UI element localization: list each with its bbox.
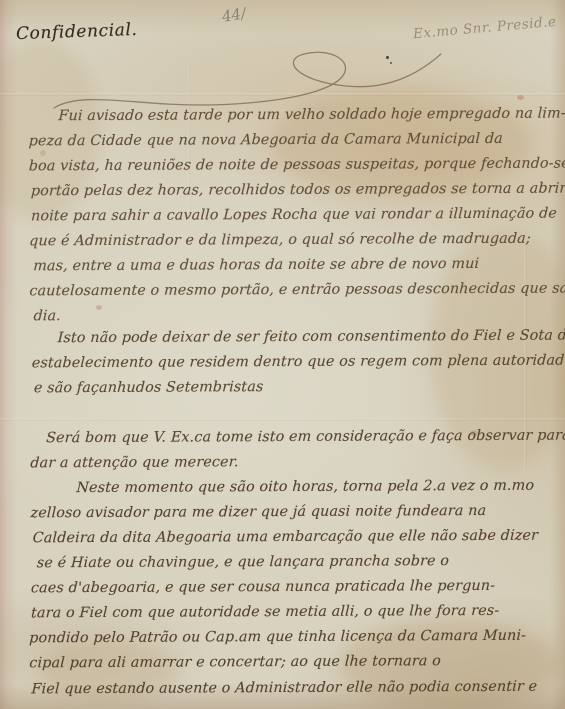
manuscript-line: se é Hiate ou chavingue, e que lançara p…	[36, 554, 449, 570]
manuscript-line: boa vista, ha reuniões de noite de pesso…	[28, 156, 565, 173]
manuscript-line: Isto não pode deixar de ser feito com co…	[57, 328, 565, 345]
manuscript-line: Caldeira da dita Abegoaria uma embarcaçã…	[32, 529, 538, 546]
manuscript-line: Fui avisado esta tarde por um velho sold…	[58, 107, 565, 124]
manuscript-page: Confidencial. 44/ Ex.mo Snr. Presid.e Fu…	[0, 0, 565, 709]
manuscript-line: portão pelas dez horas, recolhidos todos…	[31, 181, 565, 199]
manuscript-line: que é Administrador e da limpeza, o qual…	[29, 232, 531, 249]
manuscript-line: zelloso avisador para me dizer que já qu…	[30, 504, 486, 521]
manuscript-line: dia.	[33, 309, 61, 323]
addressee-line: Ex.mo Snr. Presid.e	[413, 16, 557, 42]
manuscript-line: noite para sahir a cavallo Lopes Rocha q…	[31, 207, 558, 224]
letter-body: Fui avisado esta tarde por um velho sold…	[0, 99, 565, 709]
manuscript-line: caes d'abegoaria, e que ser cousa nunca …	[31, 579, 496, 596]
manuscript-line: e são façanhudos Setembristas	[34, 380, 264, 396]
manuscript-line: estabelecimento que residem dentro que o…	[31, 353, 565, 370]
manuscript-line: Neste momento que são oito horas, torna …	[76, 479, 534, 496]
manuscript-line: dar a attenção que merecer.	[30, 455, 239, 470]
confidential-label: Confidencial.	[16, 22, 138, 43]
manuscript-line: peza da Cidade que na nova Abegoaria da …	[28, 132, 503, 149]
ink-dot	[390, 62, 392, 64]
paper-crease	[0, 93, 565, 96]
manuscript-line: cautelosamente o mesmo portão, e entrão …	[29, 281, 565, 299]
manuscript-line: Fiel que estando ausente o Administrador…	[31, 680, 537, 697]
manuscript-line: Será bom que V. Ex.ca tome isto em consi…	[46, 428, 565, 445]
manuscript-line: pondido pelo Patrão ou Cap.am que tinha …	[29, 629, 527, 646]
manuscript-line: cipal para ali amarrar e concertar; ao q…	[29, 654, 441, 670]
manuscript-line: mas, entre a uma e duas horas da noite s…	[33, 257, 480, 274]
pencil-annotation: 44/	[221, 6, 247, 25]
ink-dot	[386, 56, 389, 59]
manuscript-line: tara o Fiel com que autoridade se metia …	[31, 604, 500, 621]
